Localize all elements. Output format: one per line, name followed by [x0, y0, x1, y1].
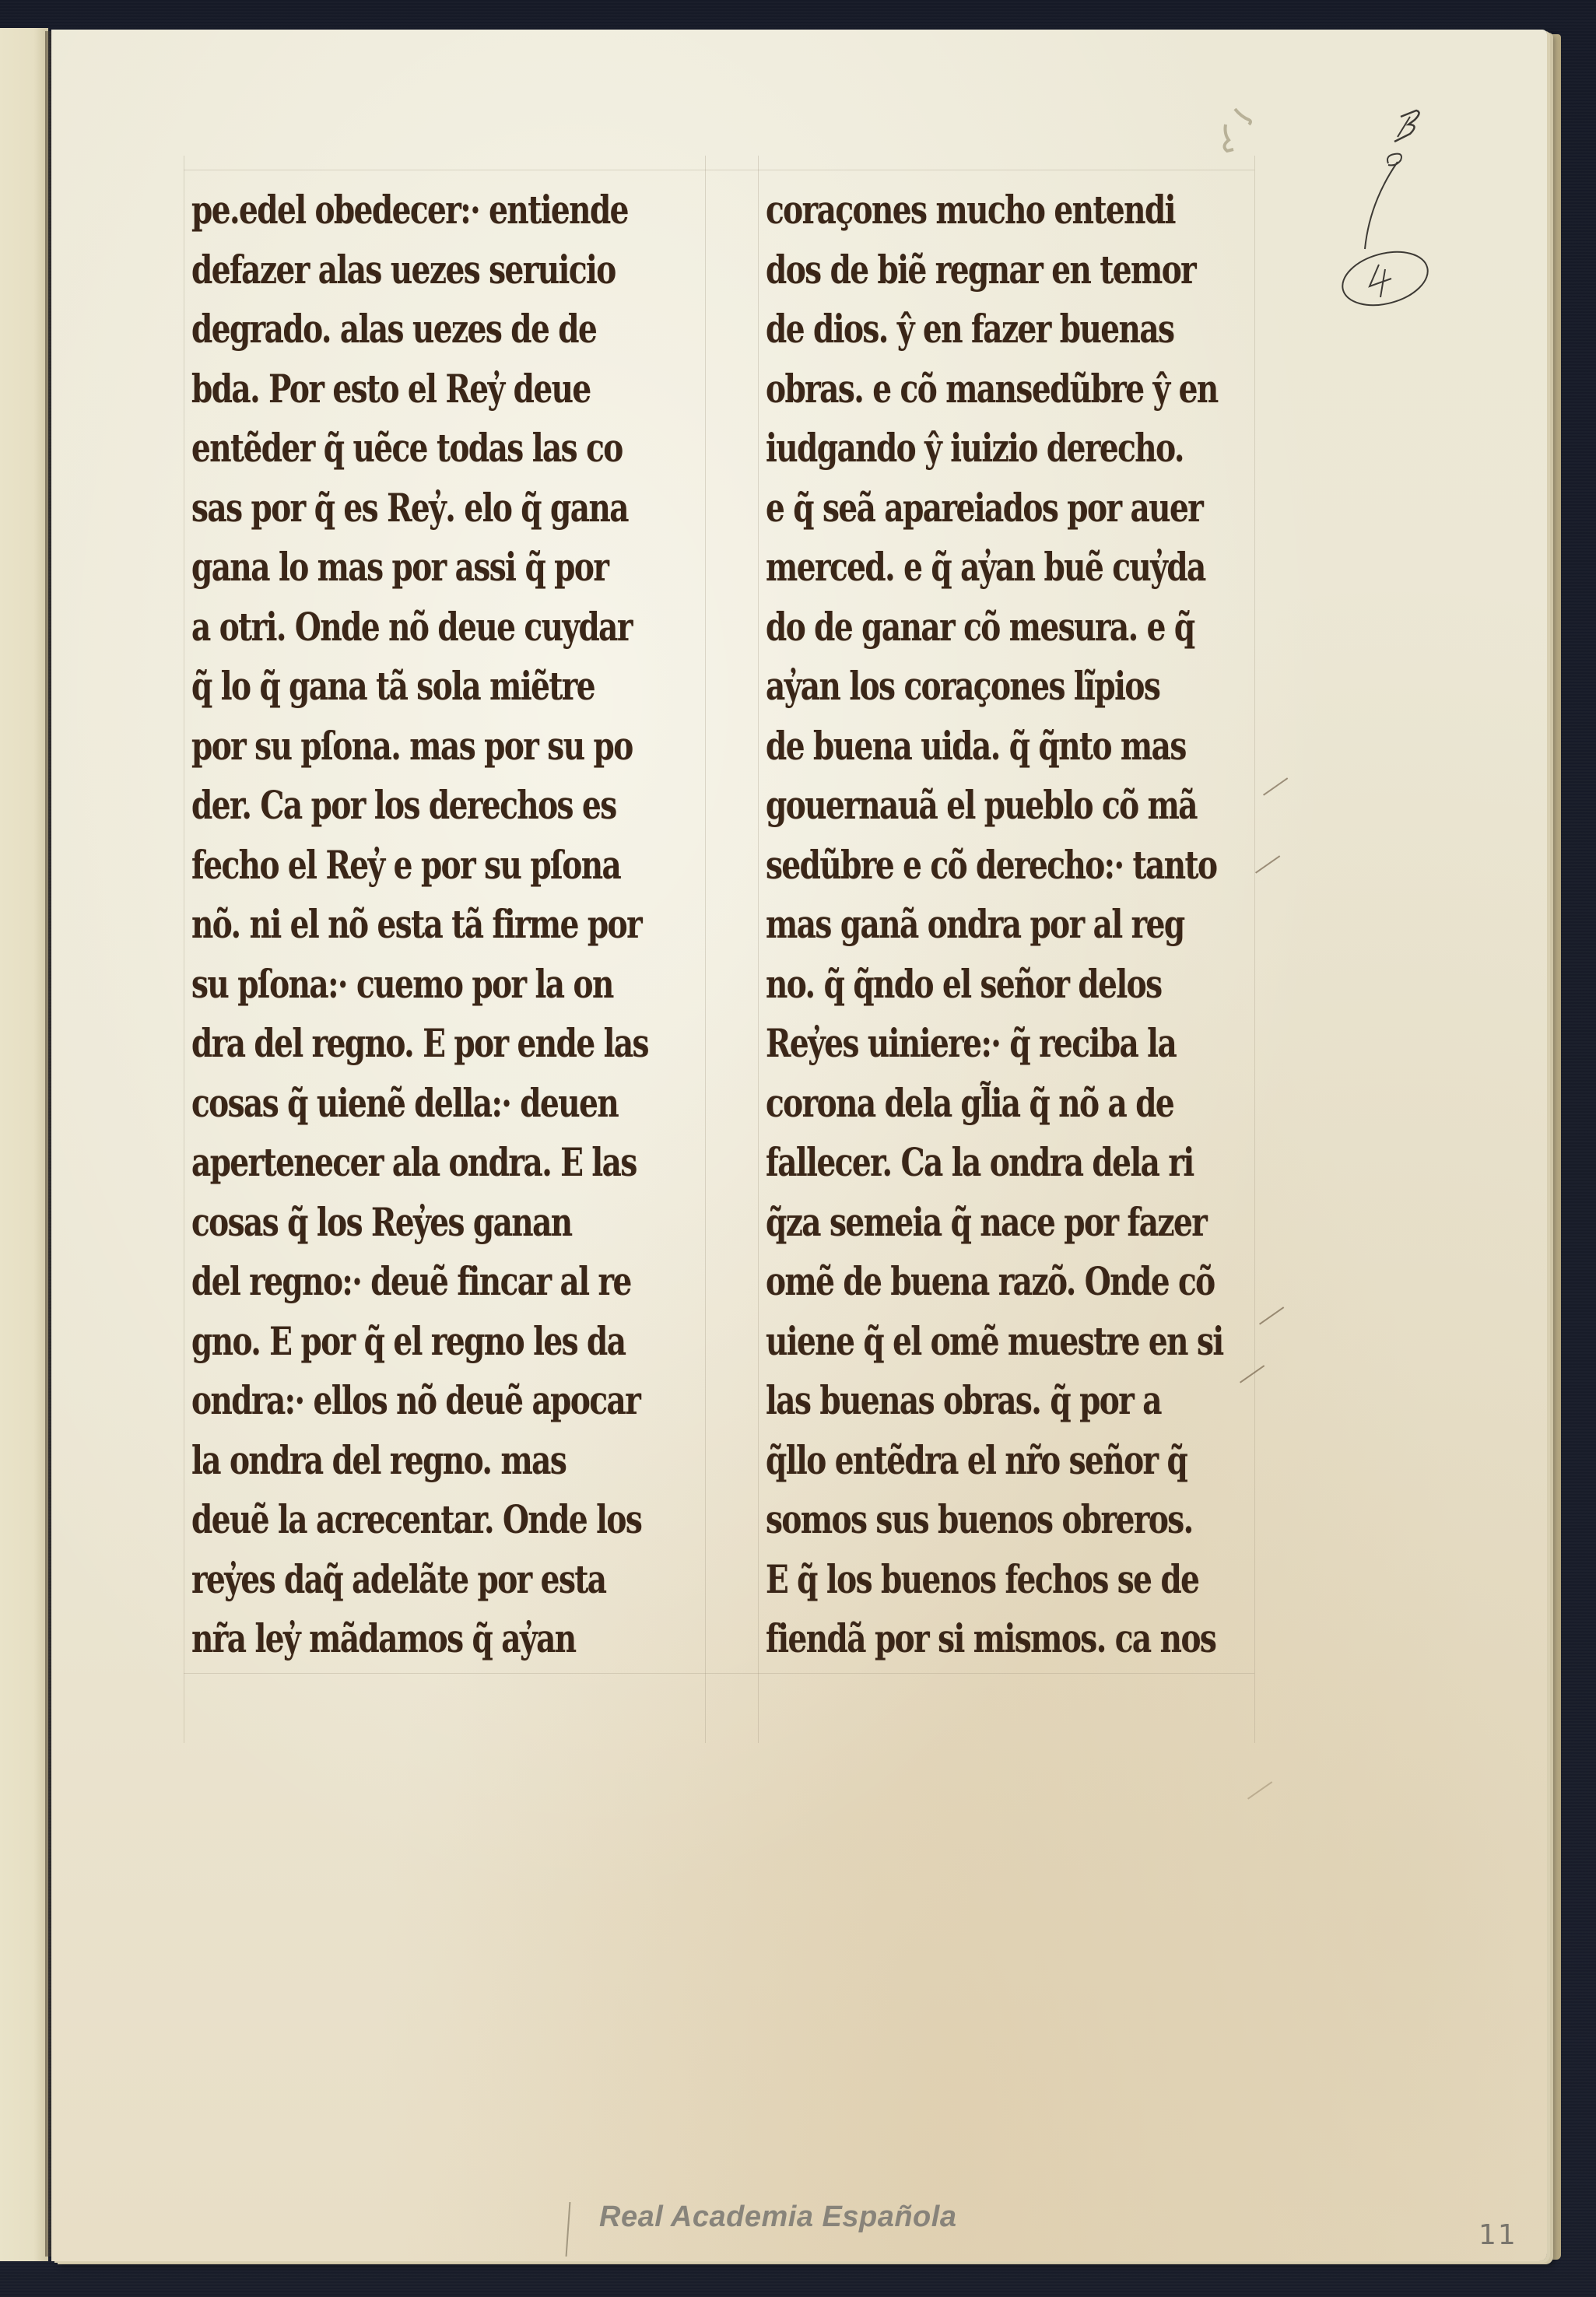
text-line: pe.edel obedecer:· entiende: [191, 181, 586, 240]
text-line: su pſona:· cuemo por la on: [191, 955, 586, 1015]
text-line: gouernauã el pueblo cõ mã: [766, 776, 1160, 836]
ruling-left-inner: [705, 156, 706, 1743]
text-column-left: pe.edel obedecer:· entiende defazer alas…: [191, 181, 697, 1669]
text-line: fallecer. Ca la ondra dela ri: [766, 1133, 1160, 1193]
text-line: defazer alas uezes seruicio: [191, 240, 586, 300]
ruling-bottom: [184, 1673, 1254, 1674]
text-line: apertenecer ala ondra. E las: [191, 1133, 586, 1193]
watermark-real-academia-espanola: Real Academia Española: [599, 2201, 956, 2234]
text-line: corona dela gl̃ia q̃ nõ a de: [766, 1074, 1160, 1134]
text-line: uiene q̃ el omẽ muestre en si: [766, 1312, 1160, 1372]
text-line: de dios. ŷ en fazer buenas: [766, 300, 1160, 359]
ruling-left-outer: [184, 156, 184, 1743]
text-line: dos de biẽ regnar en temor: [766, 240, 1160, 300]
ruling-right-outer: [758, 156, 759, 1743]
faint-margin-mark: [1218, 101, 1280, 163]
text-line: sas por q̃ es Rey̓. elo q̃ gana: [191, 479, 586, 538]
text-line: e q̃ seã apareiados por auer: [766, 479, 1160, 538]
text-line: no. q̃ q̃ndo el señor delos: [766, 955, 1160, 1015]
text-line: ay̓an los coraçones lĩpios: [766, 657, 1160, 717]
text-line: der. Ca por los derechos es: [191, 776, 586, 836]
text-line: ondra:· ellos nõ deuẽ apocar: [191, 1371, 586, 1431]
text-line: gno. E por q̃ el regno les da: [191, 1312, 586, 1372]
text-line: rey̓es daq̃ adelãte por esta: [191, 1550, 586, 1610]
text-line: del regno:· deuẽ fincar al re: [191, 1252, 586, 1312]
ruling-top: [184, 170, 1254, 170]
text-line: fiendã por si mismos. ca nos: [766, 1609, 1160, 1669]
text-line: a otri. Onde nõ deue cuydar: [191, 598, 586, 658]
page-stack-edge: [1547, 34, 1561, 2260]
text-line: q̃za semeia q̃ nace por fazer: [766, 1193, 1160, 1253]
text-line: cosas q̃ los Rey̓es ganan: [191, 1193, 586, 1253]
text-line: do de ganar cõ mesura. e q̃: [766, 598, 1160, 658]
text-line: nõ. ni el nõ esta tã firme por: [191, 895, 586, 955]
text-line: obras. e cõ mansedũbre ŷ en: [766, 359, 1160, 419]
text-line: Rey̓es uiniere:· q̃ reciba la: [766, 1014, 1160, 1074]
text-line: merced. e q̃ ay̓an buẽ cuy̓da: [766, 538, 1160, 598]
text-line: coraçones mucho entendi: [766, 181, 1160, 240]
text-line: iudgando ŷ iuizio derecho.: [766, 419, 1160, 479]
previous-page-edge: [0, 28, 48, 2261]
text-line: E q̃ los buenos fechos se de: [766, 1550, 1160, 1610]
text-line: de buena uida. q̃ q̃nto mas: [766, 717, 1160, 777]
text-line: por su pſona. mas por su po: [191, 717, 586, 777]
text-line: la ondra del regno. mas: [191, 1431, 586, 1491]
text-line: las buenas obras. q̃ por a: [766, 1371, 1160, 1431]
text-line: omẽ de buena razõ. Onde cõ: [766, 1252, 1160, 1312]
text-line: deuẽ la acrecentar. Onde los: [191, 1490, 586, 1550]
folio-number: 11: [1478, 2219, 1517, 2251]
text-line: fecho el Rey̓ e por su pſona: [191, 836, 586, 896]
text-line: q̃llo entẽdra el nr̃o señor q̃: [766, 1431, 1160, 1491]
text-line: mas ganã ondra por al reg: [766, 895, 1160, 955]
text-line: nr̃a ley̓ mãdamos q̃ ay̓an: [191, 1609, 586, 1669]
text-line: sedũbre e cõ derecho:· tanto: [766, 836, 1160, 896]
text-line: bda. Por esto el Rey̓ deue: [191, 359, 586, 419]
text-line: gana lo mas por assi q̃ por: [191, 538, 586, 598]
text-line: somos sus buenos obreros.: [766, 1490, 1160, 1550]
text-line: cosas q̃ uienẽ della:· deuen: [191, 1074, 586, 1134]
text-column-right: coraçones mucho entendi dos de biẽ regna…: [766, 181, 1272, 1669]
text-line: q̃ lo q̃ gana tã sola miẽtre: [191, 657, 586, 717]
text-line: dra del regno. E por ende las: [191, 1014, 586, 1074]
text-line: entẽder q̃ uẽce todas las co: [191, 419, 586, 479]
shelfmark-annotation: [1323, 93, 1447, 327]
text-line: degrado. alas uezes de de: [191, 300, 586, 359]
